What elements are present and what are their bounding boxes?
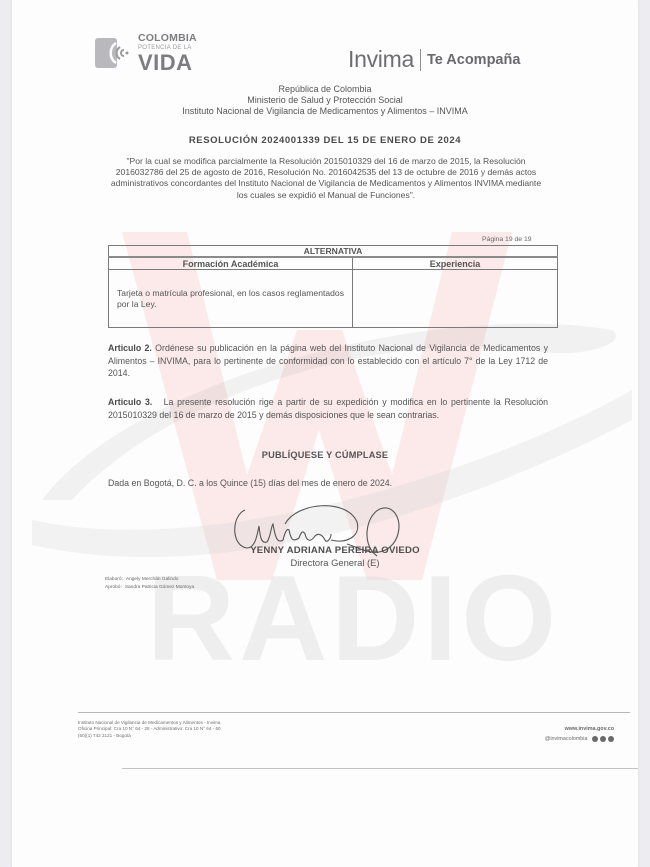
resolution-subject: "Por la cual se modifica parcialmente la… (106, 156, 546, 201)
footer-divider (78, 712, 630, 713)
instagram-icon (600, 736, 606, 742)
youtube-icon (608, 736, 614, 742)
table-title: ALTERNATIVA (109, 246, 558, 258)
signer-name: YENNY ADRIANA PEREIRA OVIEDO (22, 545, 638, 556)
institution-line: Instituto Nacional de Vigilancia de Medi… (12, 106, 638, 117)
column-header-experiencia: Experiencia (353, 257, 558, 270)
article-3-label: Articulo 3. (108, 397, 152, 407)
approved-by-label: Aprobó: (105, 585, 122, 590)
issued-at: Dada en Bogotá, D. C. a los Quince (15) … (108, 478, 392, 488)
invima-tagline: Te Acompaña (427, 52, 520, 68)
article-2-label: Articulo 2. (108, 343, 152, 353)
prepared-by-label: Elaboró: (105, 577, 123, 582)
facebook-icon (592, 736, 598, 742)
institution-line: República de Colombia (12, 84, 638, 95)
page-number: Página 19 de 19 (482, 236, 532, 243)
institution-line: Ministerio de Salud y Protección Social (12, 95, 638, 106)
footer-line: (60)(1) 742 2121 - Bogotá (78, 733, 221, 739)
radio-watermark-text: RADIO (147, 548, 560, 688)
bottom-divider (122, 768, 638, 769)
article-2: Articulo 2. Ordénese su publicación en l… (108, 342, 548, 380)
logo-line-vida: VIDA (138, 52, 197, 74)
colombia-potencia-logo: COLOMBIA POTENCIA DE LA VIDA (94, 33, 197, 74)
footer-address: Instituto Nacional de Vigilancia de Medi… (78, 720, 221, 739)
column-header-formacion: Formación Académica (109, 257, 353, 270)
article-3-text: La presente resolución rige a partir de … (108, 397, 550, 420)
table-row: Tarjeta o matrícula profesional, en los … (109, 270, 558, 328)
table-cell-formacion: Tarjeta o matrícula profesional, en los … (109, 270, 353, 328)
footer-website: www.invima.gov.co (545, 724, 614, 734)
invima-logo: Invima Te Acompaña (348, 46, 520, 73)
table-cell-experiencia (353, 270, 558, 328)
approved-by-name: Sandra Patricia Gómez Montoya (125, 585, 194, 590)
resolution-title: RESOLUCIÓN 2024001339 DEL 15 DE ENERO DE… (12, 135, 638, 146)
prepared-by-name: Angely Merchán Galindo (126, 577, 179, 582)
signer-role: Directora General (E) (22, 557, 638, 568)
colombia-waves-icon (94, 35, 130, 71)
alternativa-table: ALTERNATIVA Formación Académica Experien… (108, 245, 558, 328)
document-page: RADIO COLOMBIA POTENCIA DE LA VIDA Invim… (12, 0, 638, 867)
article-2-text: Ordénese su publicación en la página web… (108, 343, 548, 378)
footer-contact: www.invima.gov.co @invimacolombia (545, 724, 614, 744)
footer-social-handle: @invimacolombia (545, 736, 588, 742)
institution-header: República de Colombia Ministerio de Salu… (12, 84, 638, 117)
footer-line: Oficina Principal: Cra 10 N° 64 - 28 - A… (78, 726, 221, 732)
closing-formula: PUBLÍQUESE Y CÚMPLASE (12, 450, 638, 460)
logo-divider (420, 49, 421, 71)
logo-line-colombia: COLOMBIA (138, 33, 197, 44)
prepared-approved-block: Elaboró:Angely Merchán Galindo Aprobó:Sa… (105, 576, 194, 592)
article-3: Articulo 3. La presente resolución rige … (108, 396, 548, 421)
invima-brand: Invima (348, 46, 414, 73)
